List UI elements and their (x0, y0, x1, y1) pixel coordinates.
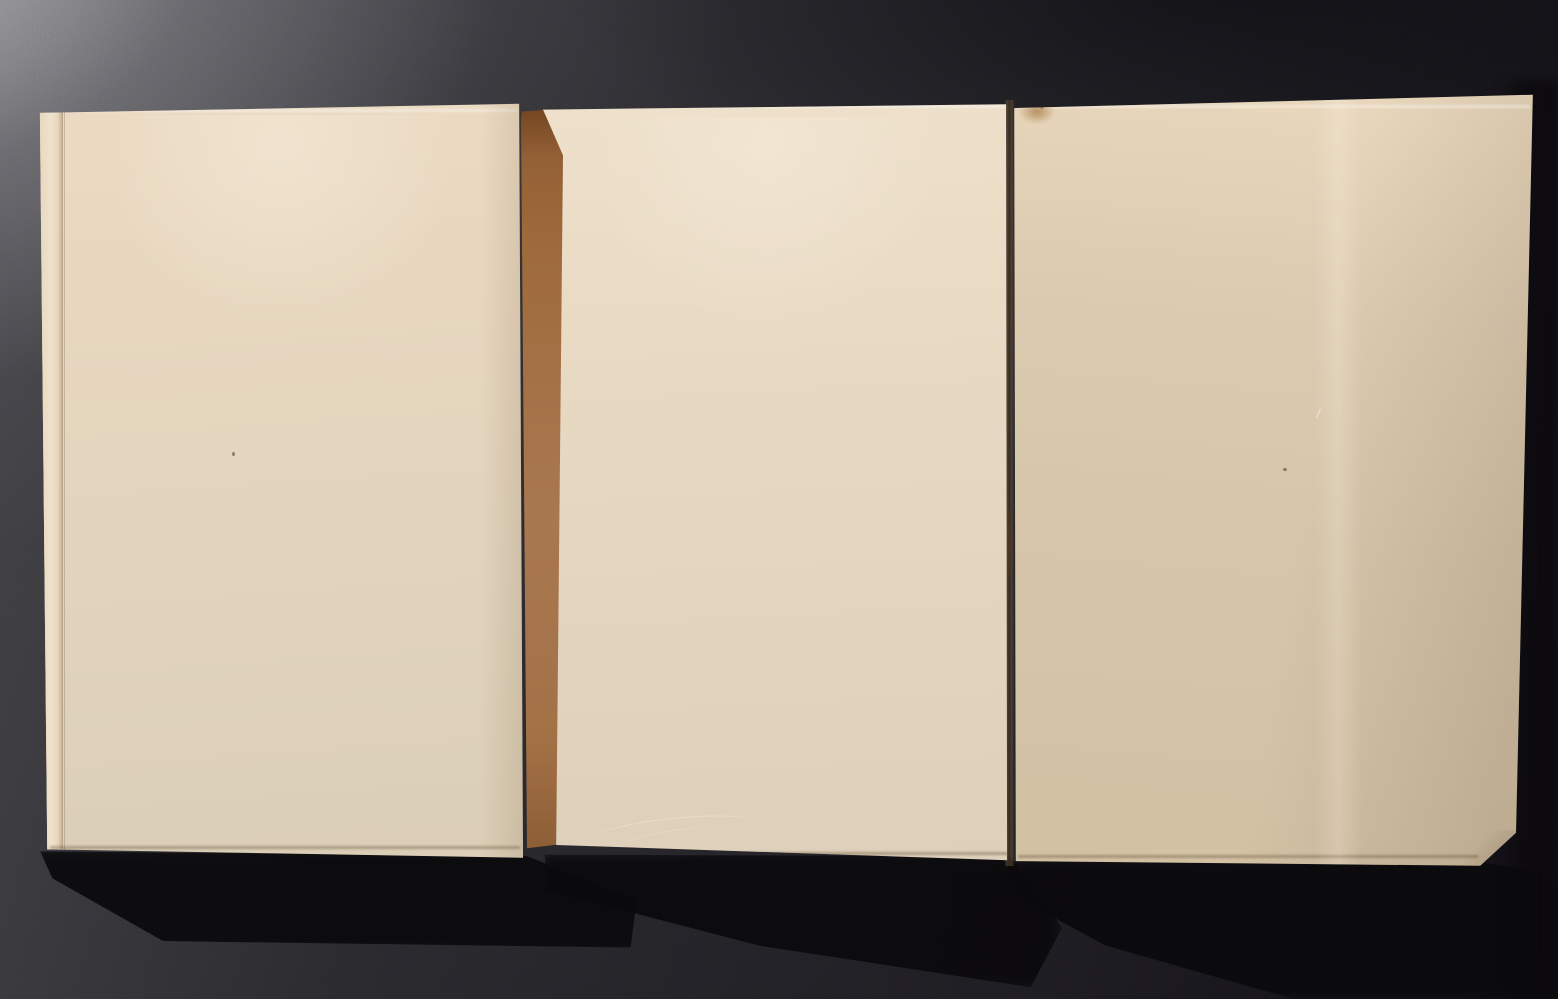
book-right-fleck (1283, 468, 1287, 471)
book-right-light-streak (1315, 90, 1362, 876)
book-left-edge-shading (480, 100, 524, 860)
book-middle-cover-sheen (571, 117, 961, 460)
book-left-bottom-edge-line (50, 846, 520, 849)
photo-canvas (0, 0, 1558, 999)
book-right (1010, 90, 1536, 876)
book-left-speck (232, 452, 235, 456)
book-left-spine-crease (64, 112, 65, 852)
book-right-bottom-edge-line (1018, 855, 1478, 858)
book-left-cover-sheen (85, 115, 475, 457)
book-middle (522, 102, 1010, 864)
book-left (36, 100, 524, 860)
